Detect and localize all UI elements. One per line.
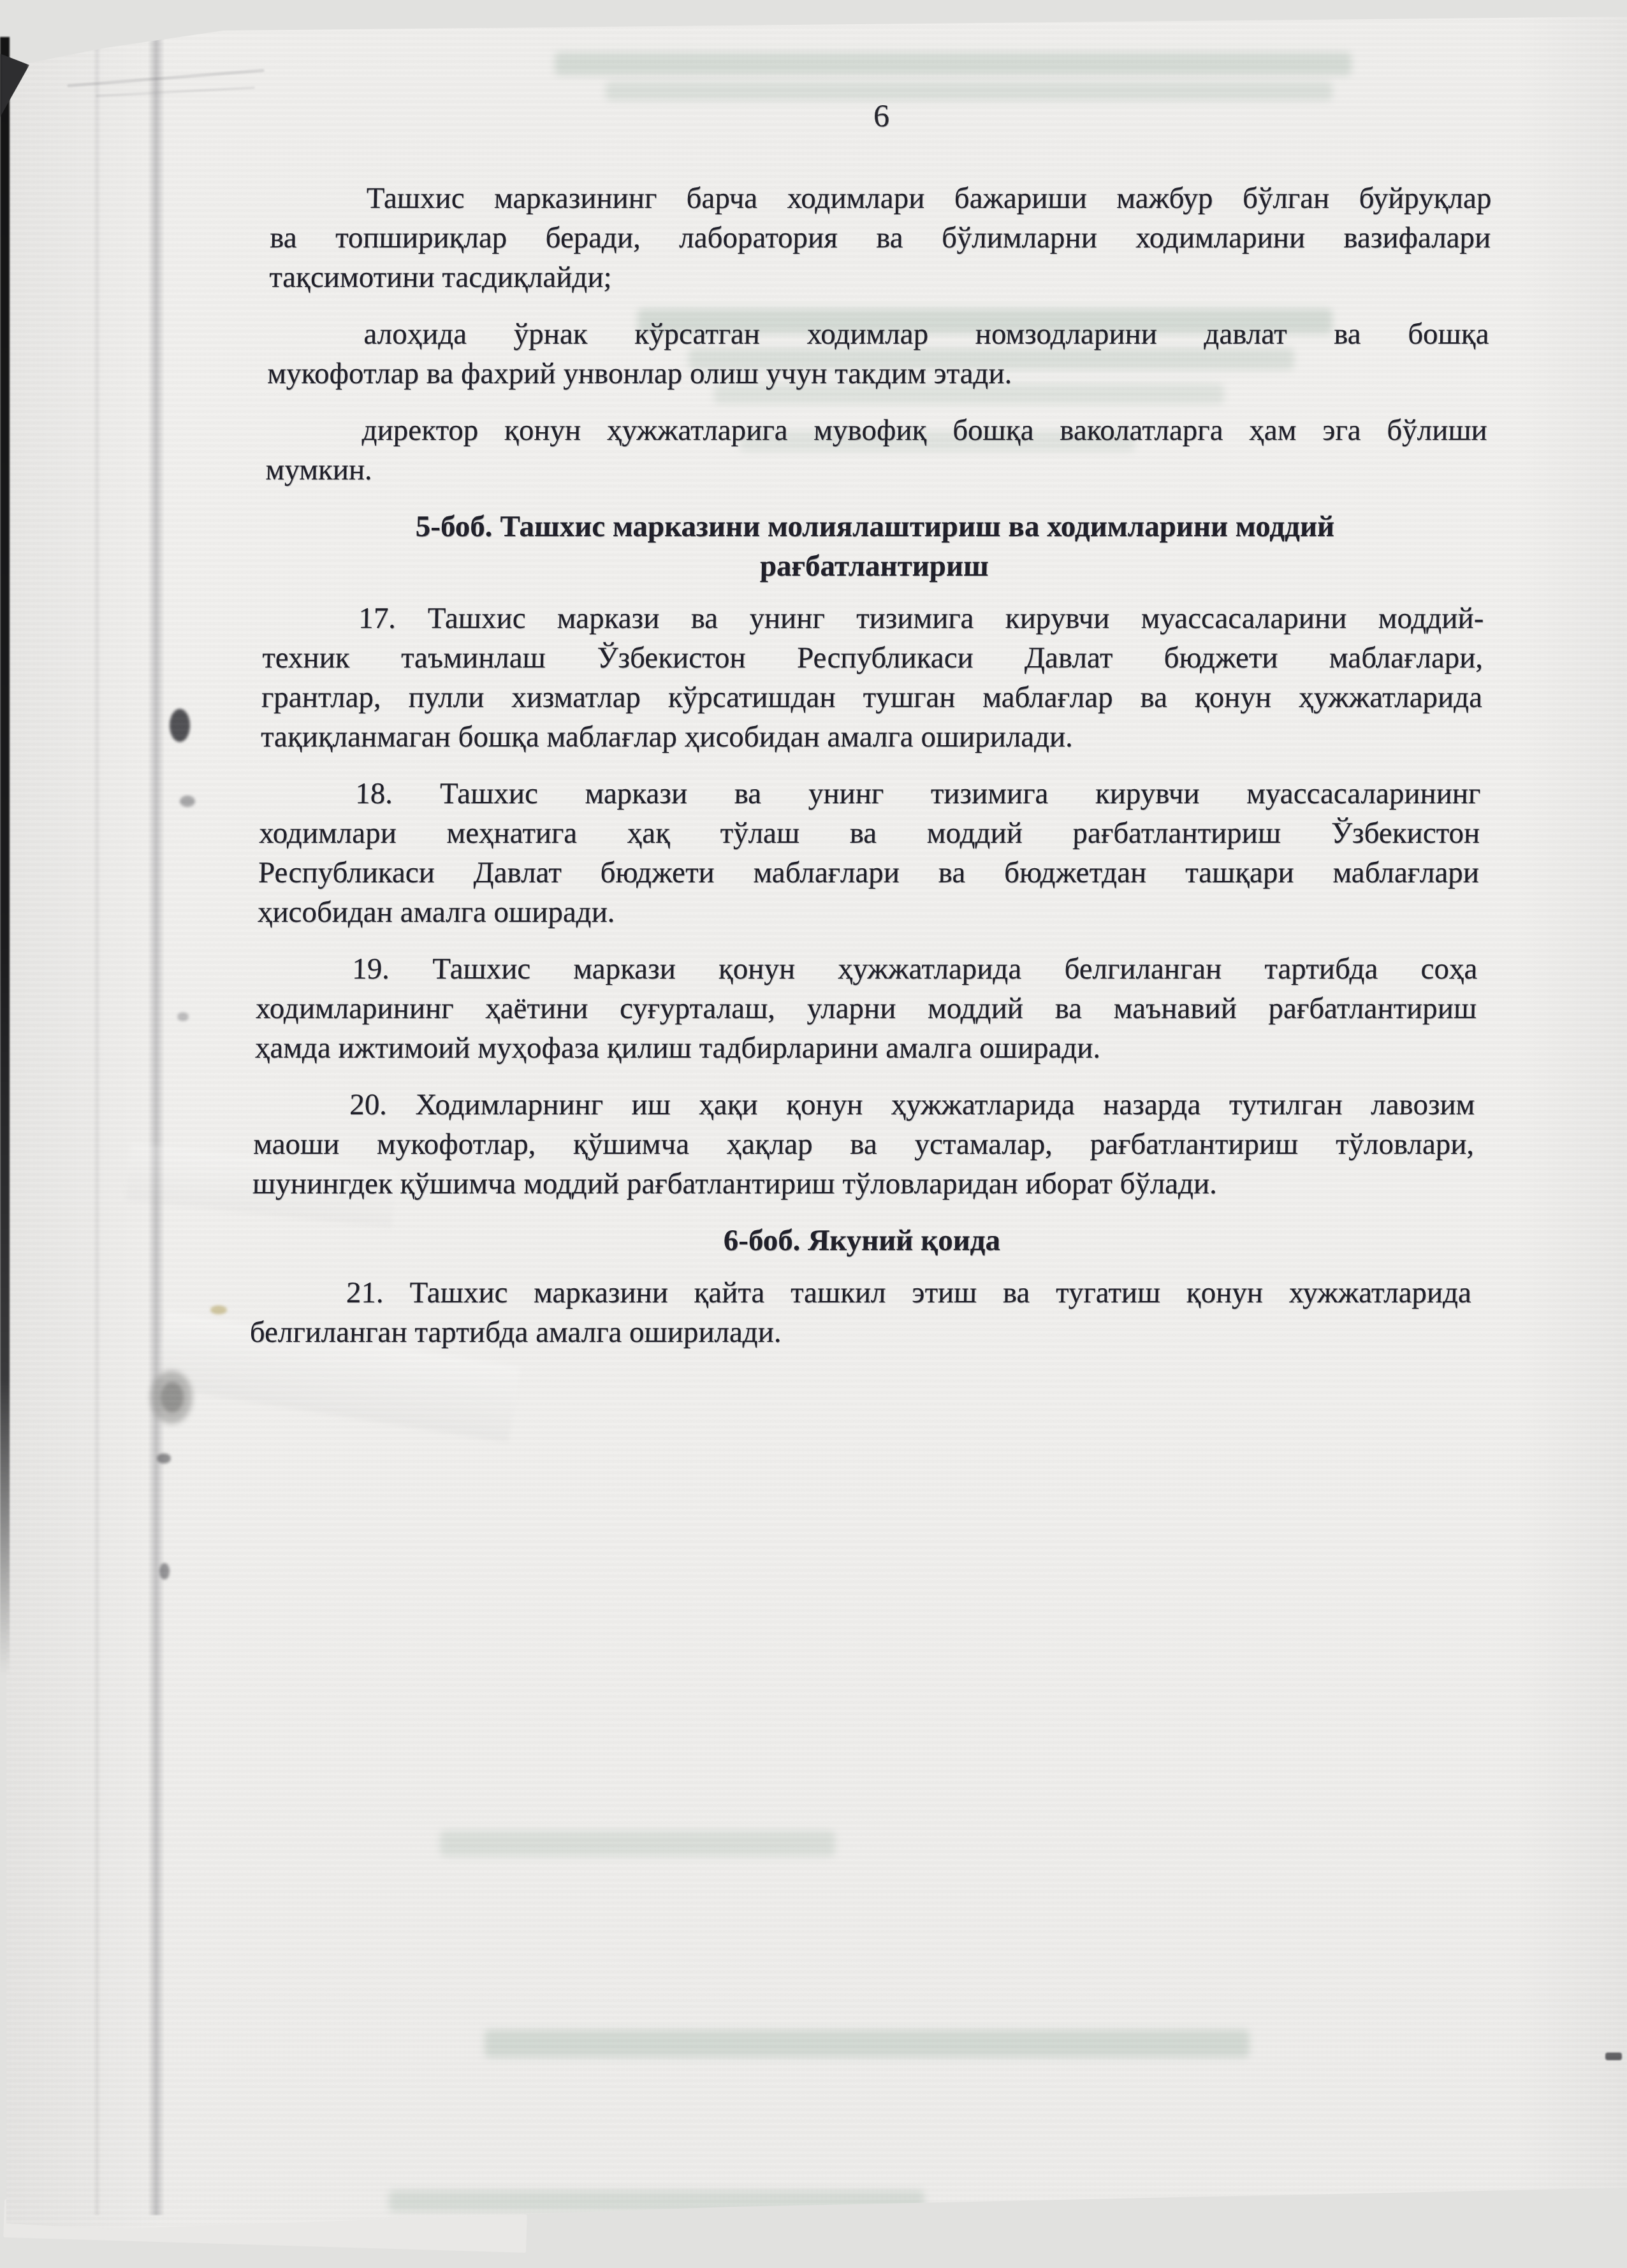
document-content: Ташхис марказининг барча ходимлари бажар… xyxy=(249,178,1492,1369)
text-line: ҳисобидан амалга оширади. xyxy=(257,892,1478,932)
sheet-edge-line xyxy=(67,69,264,87)
body-paragraph: 17. Ташхис маркази ва унинг тизимига кир… xyxy=(260,599,1484,757)
body-paragraph: 18. Ташхис маркази ва унинг тизимига кир… xyxy=(257,774,1481,932)
text-line: Республикаси Давлат бюджети маблағлари в… xyxy=(258,853,1479,892)
sheet-edge-line xyxy=(96,86,255,97)
bleedthrough-text-band xyxy=(440,1831,835,1856)
text-line: мукофотлар ва фахрий унвонлар олиш учун … xyxy=(267,354,1489,393)
heading-line: 6-боб. Якуний қоида xyxy=(251,1221,1473,1260)
text-line: 19. Ташхис маркази қонун ҳужжатларида бе… xyxy=(256,949,1478,989)
text-line: белгиланган тартибда амалга оширилади. xyxy=(249,1312,1471,1352)
scanned-document-page: 6 Ташхис марказининг барча ходимлари баж… xyxy=(0,0,1627,2268)
ink-spot xyxy=(180,796,195,807)
text-line: маоши мукофотлар, қўшимча ҳақлар ва уста… xyxy=(253,1124,1475,1164)
heading-line: рағбатлантириш xyxy=(263,546,1485,586)
text-line: алоҳида ўрнак кўрсатган ходимлар номзодл… xyxy=(268,314,1489,354)
body-paragraph: Ташхис марказининг барча ходимлари бажар… xyxy=(269,178,1492,297)
text-line: ва топшириқлар беради, лаборатория ва бў… xyxy=(270,218,1491,258)
body-paragraph: 19. Ташхис маркази қонун ҳужжатларида бе… xyxy=(254,949,1477,1068)
ink-spot xyxy=(170,709,190,742)
text-line: ходимлари меҳнатига ҳақ тўлаш ва моддий … xyxy=(259,813,1480,853)
stain-blob xyxy=(150,1370,193,1424)
ink-spot xyxy=(1605,2053,1622,2060)
stain-blob xyxy=(161,1382,184,1413)
body-paragraph: 20. Ходимларнинг иш ҳақи қонун ҳужжатлар… xyxy=(252,1085,1475,1203)
text-line: грантлар, пулли хизматлар кўрсатишдан ту… xyxy=(261,678,1483,717)
text-line: ҳамда ижтимоий муҳофаза қилиш тадбирлари… xyxy=(254,1028,1476,1068)
bleedthrough-text-band xyxy=(485,2030,1250,2058)
text-line: тақсимотини тасдиқлайди; xyxy=(269,258,1491,297)
paper-sheet: 6 Ташхис марказининг барча ходимлари баж… xyxy=(0,0,1627,2268)
body-paragraph: директор қонун ҳужжатларига мувофиқ бошқ… xyxy=(265,411,1487,490)
text-line: директор қонун ҳужжатларига мувофиқ бошқ… xyxy=(266,411,1487,450)
heading-line: 5-боб. Ташхис марказини молиялаштириш ва… xyxy=(264,507,1485,546)
body-paragraph: алоҳида ўрнак кўрсатган ходимлар номзодл… xyxy=(267,314,1489,393)
ink-spot xyxy=(159,1563,170,1580)
ink-spot xyxy=(157,1453,171,1464)
stain-spot xyxy=(210,1305,227,1314)
page-number: 6 xyxy=(271,97,1492,134)
text-line: тақиқланмаган бошқа маблағлар ҳисобидан … xyxy=(260,717,1482,757)
text-line: 21. Ташхис марказини қайта ташкил этиш в… xyxy=(250,1273,1471,1312)
bleedthrough-text-band xyxy=(389,2190,924,2212)
page-edge-shadow xyxy=(93,29,101,2215)
text-line: 17. Ташхис маркази ва унинг тизимига кир… xyxy=(263,599,1484,638)
text-line: ходимларининг ҳаётини суғурталаш, уларни… xyxy=(256,989,1477,1028)
ink-spot xyxy=(177,1012,189,1021)
text-line: 20. Ходимларнинг иш ҳақи қонун ҳужжатлар… xyxy=(254,1085,1475,1124)
bleedthrough-text-band xyxy=(555,52,1352,75)
book-spine-edge xyxy=(0,37,10,1675)
binding-crease-shadow xyxy=(148,29,164,2215)
text-line: Ташхис марказининг барча ходимлари бажар… xyxy=(270,178,1492,218)
text-line: 18. Ташхис маркази ва унинг тизимига кир… xyxy=(259,774,1481,813)
body-paragraph: 21. Ташхис марказини қайта ташкил этиш в… xyxy=(249,1273,1471,1352)
section-heading: 6-боб. Якуний қоида xyxy=(251,1221,1473,1260)
text-line: шунингдек қўшимча моддий рағбатлантириш … xyxy=(252,1164,1474,1203)
text-line: техник таъминлаш Ўзбекистон Республикаси… xyxy=(262,638,1484,678)
text-line: мумкин. xyxy=(265,450,1487,490)
section-heading: 5-боб. Ташхис марказини молиялаштириш ва… xyxy=(263,507,1485,586)
